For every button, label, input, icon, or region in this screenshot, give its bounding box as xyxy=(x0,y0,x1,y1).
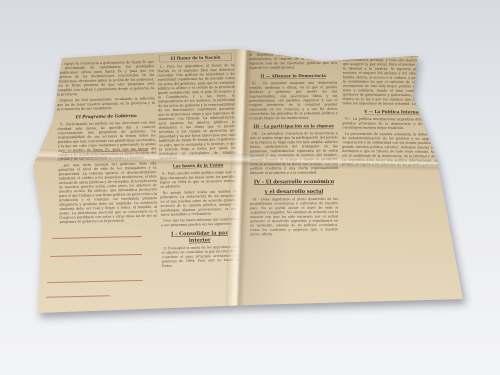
paragraph: No puede haber unión sin unidad de princ… xyxy=(160,189,238,217)
paragraph: Expreso mi leal pensamiento, recabando l… xyxy=(57,96,155,111)
photo-of-leaflet: 4.- Apoyo la resistencia a gobernantes d… xyxy=(0,0,500,375)
paragraph: Creo que las bases mínimas que inspirará… xyxy=(161,217,238,227)
paragraph: ...por una meta racional del gobierno. S… xyxy=(58,161,157,224)
heading-programa-de-gobierno: El Programa de Gobierno xyxy=(57,112,155,120)
paragraph: 1.- Para los argentinos el honor de la N… xyxy=(157,63,236,161)
heading-consolidar-la-paz: I - Consolidar la paz interior xyxy=(162,229,237,244)
left-page-column-1: 4.- Apoyo la resistencia a gobernantes d… xyxy=(56,60,160,313)
paragraph: 4.- Apoyo la resistencia a gobernantes d… xyxy=(56,60,155,97)
paragraph: 6.- Para nuestro estilo político exige q… xyxy=(160,170,237,189)
heading-honor-de-la-nacion: El Honor de la Nación xyxy=(159,53,231,62)
